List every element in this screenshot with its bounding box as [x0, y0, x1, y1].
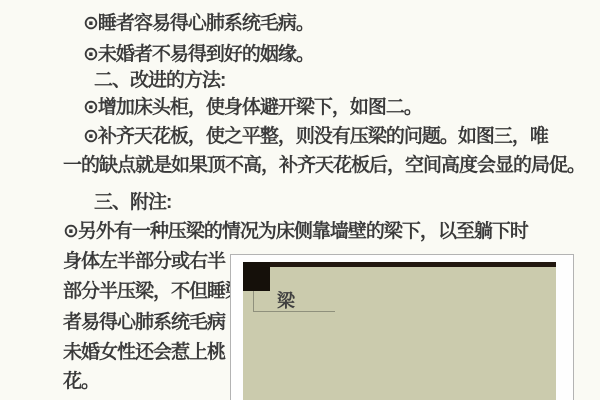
- text-line: 一的缺点就是如果顶不高，补齐天花板后，空间高度会显的局促。: [63, 155, 585, 176]
- text-line: 身体左半部分或右半: [63, 251, 225, 272]
- section-heading: 三、附注:: [94, 192, 171, 213]
- leader-line-horizontal: [253, 311, 335, 312]
- text-line: ⊙另外有一种压梁的情况为床侧靠墙壁的梁下，以至躺下时: [63, 221, 528, 242]
- beam-diagram-figure: 梁: [230, 254, 574, 400]
- text-line: 未婚女性还会惹上桃: [63, 342, 225, 363]
- text-line: ⊙补齐天花板，使之平整，则没有压梁的问题。如图三，唯: [83, 126, 548, 147]
- beam-top-bar: [243, 262, 556, 267]
- text-line: 者易得心肺系统毛病: [63, 312, 225, 333]
- text-line: 部分半压梁，不但睡梁: [63, 281, 243, 302]
- text-line: ⊙睡者容易得心肺系统毛病。: [83, 13, 314, 34]
- text-line: ⊙增加床头柜，使身体避开梁下，如图二。: [83, 97, 422, 118]
- leader-line-vertical: [253, 291, 254, 311]
- text-line: 花。: [63, 371, 99, 392]
- beam-cross-section: [243, 262, 270, 291]
- beam-label: 梁: [277, 291, 295, 311]
- section-heading: 二、改进的方法:: [94, 70, 225, 91]
- text-line: ⊙未婚者不易得到好的姻缘。: [83, 44, 314, 65]
- document-page: ⊙睡者容易得心肺系统毛病。 ⊙未婚者不易得到好的姻缘。 二、改进的方法: ⊙增加…: [0, 0, 600, 400]
- room-wall-area: 梁: [243, 262, 556, 400]
